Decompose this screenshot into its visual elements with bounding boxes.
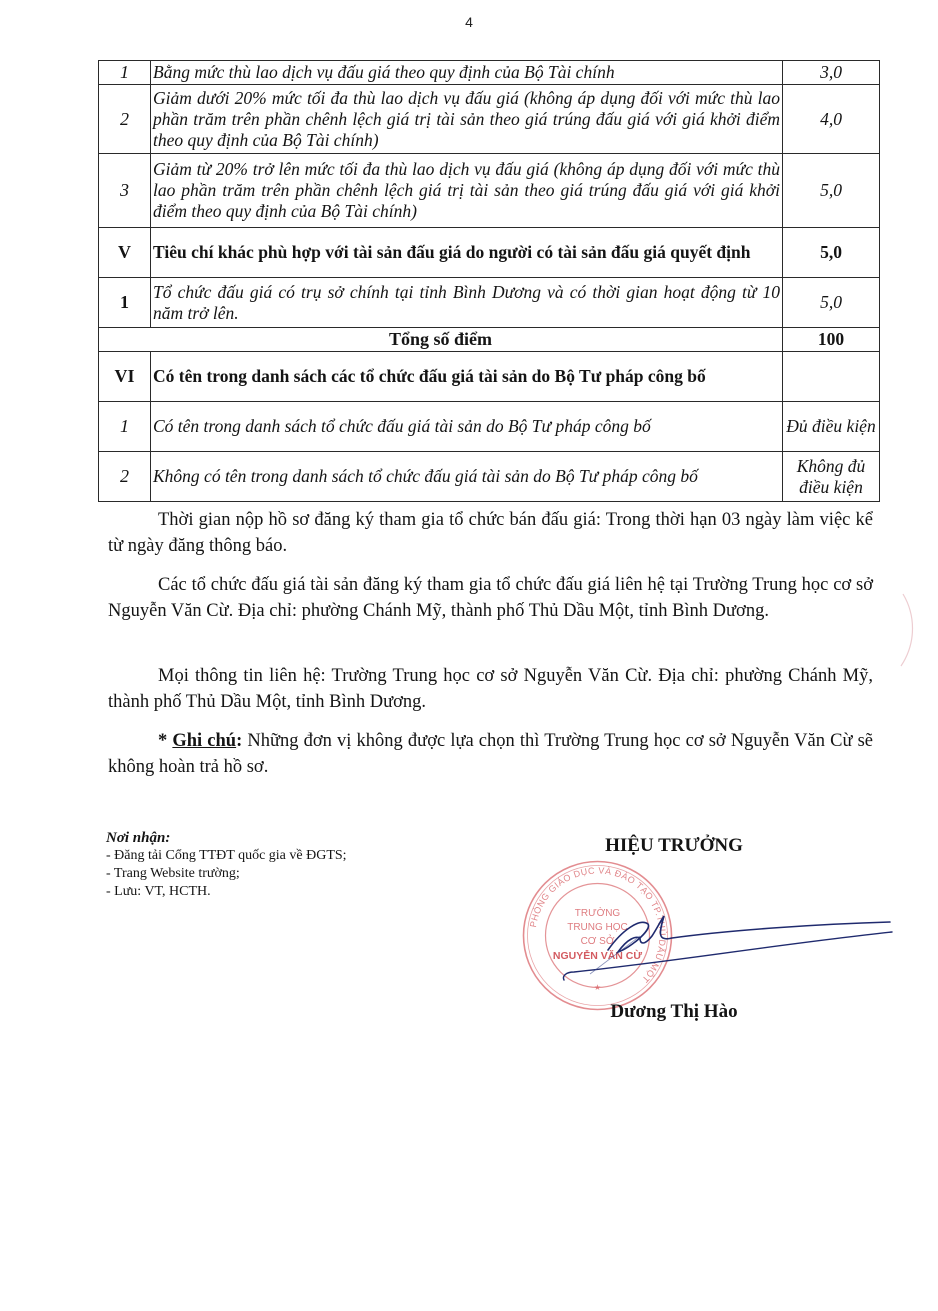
contact-info-paragraph: Mọi thông tin liên hệ: Trường Trung học …	[108, 663, 873, 715]
note-label: Ghi chú	[172, 731, 236, 751]
row-score: 4,0	[783, 85, 880, 154]
row-eligibility: Không đủ điều kiện	[783, 452, 880, 502]
row-number: 1	[99, 278, 151, 328]
row-number: 3	[99, 154, 151, 228]
recipient-item: - Trang Website trường;	[106, 865, 347, 883]
table-row: 3 Giảm từ 20% trở lên mức tối đa thù lao…	[99, 154, 880, 228]
row-description: Bằng mức thù lao dịch vụ đấu giá theo qu…	[151, 61, 783, 85]
section-title: Tiêu chí khác phù hợp với tài sản đấu gi…	[151, 228, 783, 278]
section-number: V	[99, 228, 151, 278]
handwritten-signature-icon	[560, 880, 900, 990]
section-score	[783, 352, 880, 402]
table-section-row: V Tiêu chí khác phù hợp với tài sản đấu …	[99, 228, 880, 278]
note-star: *	[158, 731, 172, 751]
note-paragraph: * Ghi chú: Những đơn vị không được lựa c…	[108, 728, 873, 780]
recipient-item: - Đăng tải Cổng TTĐT quốc gia về ĐGTS;	[106, 847, 347, 865]
table-row: 1 Bằng mức thù lao dịch vụ đấu giá theo …	[99, 61, 880, 85]
row-description: Không có tên trong danh sách tổ chức đấu…	[151, 452, 783, 502]
row-description: Giảm từ 20% trở lên mức tối đa thù lao d…	[151, 154, 783, 228]
table-total-row: Tổng số điểm 100	[99, 328, 880, 352]
scan-edge-mark-icon	[895, 590, 925, 670]
section-number: VI	[99, 352, 151, 402]
table-row: 2 Giảm dưới 20% mức tối đa thù lao dịch …	[99, 85, 880, 154]
row-description: Giảm dưới 20% mức tối đa thù lao dịch vụ…	[151, 85, 783, 154]
row-score: 5,0	[783, 278, 880, 328]
row-score: 5,0	[783, 154, 880, 228]
row-number: 2	[99, 85, 151, 154]
page-number: 4	[0, 14, 938, 30]
table-section-row: VI Có tên trong danh sách các tổ chức đấ…	[99, 352, 880, 402]
recipient-item: - Lưu: VT, HCTH.	[106, 883, 347, 901]
submission-deadline-paragraph: Thời gian nộp hồ sơ đăng ký tham gia tổ …	[108, 507, 873, 559]
table-row: 1 Tổ chức đấu giá có trụ sở chính tại tỉ…	[99, 278, 880, 328]
row-eligibility: Đủ điều kiện	[783, 402, 880, 452]
section-title: Có tên trong danh sách các tổ chức đấu g…	[151, 352, 783, 402]
recipients-block: Nơi nhận: - Đăng tải Cổng TTĐT quốc gia …	[106, 829, 347, 901]
row-score: 3,0	[783, 61, 880, 85]
row-description: Tổ chức đấu giá có trụ sở chính tại tỉnh…	[151, 278, 783, 328]
row-description: Có tên trong danh sách tổ chức đấu giá t…	[151, 402, 783, 452]
row-number: 1	[99, 402, 151, 452]
table-row: 2 Không có tên trong danh sách tổ chức đ…	[99, 452, 880, 502]
row-number: 1	[99, 61, 151, 85]
scoring-criteria-table: 1 Bằng mức thù lao dịch vụ đấu giá theo …	[98, 60, 880, 502]
section-score: 5,0	[783, 228, 880, 278]
registration-contact-paragraph: Các tổ chức đấu giá tài sản đăng ký tham…	[108, 572, 873, 624]
signer-name: Dương Thị Hào	[574, 1001, 774, 1023]
table-row: 1 Có tên trong danh sách tổ chức đấu giá…	[99, 402, 880, 452]
signer-title: HIỆU TRƯỞNG	[574, 835, 774, 857]
row-number: 2	[99, 452, 151, 502]
recipients-heading: Nơi nhận:	[106, 829, 347, 847]
total-label: Tổng số điểm	[99, 328, 783, 352]
total-score: 100	[783, 328, 880, 352]
